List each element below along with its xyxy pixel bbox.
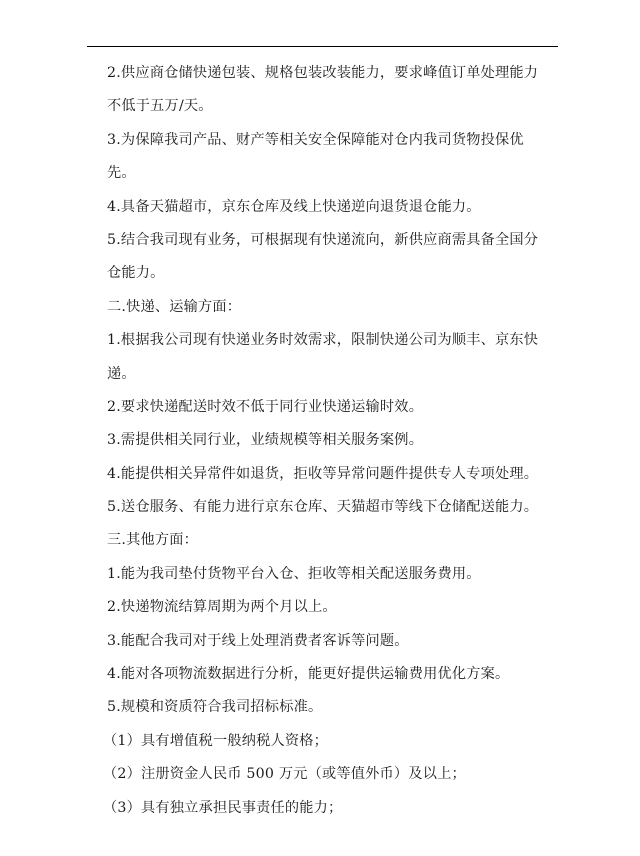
text-line: 2.要求快递配送时效不低于同行业快递运输时效。 <box>107 391 562 424</box>
document-body: 2.供应商仓储快递包装、规格包装改装能力，要求峰值订单处理能力 不低于五万/天。… <box>107 57 562 825</box>
text-line: 5.规模和资质符合我司招标标准。 <box>107 691 562 724</box>
sub-item-line: （2）注册资金人民币 500 万元（或等值外币）及以上； <box>103 758 562 791</box>
text-line: 3.能配合我司对于线上处理消费者客诉等问题。 <box>107 625 562 658</box>
section-heading: 三.其他方面： <box>107 524 562 557</box>
text-line: 4.能提供相关异常件如退货，拒收等异常问题件提供专人专项处理。 <box>107 458 562 491</box>
text-line: 4.具备天猫超市，京东仓库及线上快递逆向退货退仓能力。 <box>107 191 562 224</box>
text-line: 3.为保障我司产品、财产等相关安全保障能对仓内我司货物投保优 <box>107 124 562 157</box>
text-line: 仓能力。 <box>107 257 562 290</box>
sub-item-line: （1）具有增值税一般纳税人资格； <box>103 725 562 758</box>
text-line: 2.快递物流结算周期为两个月以上。 <box>107 591 562 624</box>
text-line: 4.能对各项物流数据进行分析，能更好提供运输费用优化方案。 <box>107 658 562 691</box>
text-line: 先。 <box>107 157 562 190</box>
header-rule <box>87 46 558 47</box>
text-line: 5.结合我司现有业务，可根据现有快递流向，新供应商需具备全国分 <box>107 224 562 257</box>
text-line: 3.需提供相关同行业，业绩规模等相关服务案例。 <box>107 424 562 457</box>
text-line: 2.供应商仓储快递包装、规格包装改装能力，要求峰值订单处理能力 <box>107 57 562 90</box>
text-line: 1.根据我公司现有快递业务时效需求，限制快递公司为顺丰、京东快 <box>107 324 562 357</box>
text-line: 5.送仓服务、有能力进行京东仓库、天猫超市等线下仓储配送能力。 <box>107 491 562 524</box>
text-line: 递。 <box>107 358 562 391</box>
document-page: 2.供应商仓储快递包装、规格包装改装能力，要求峰值订单处理能力 不低于五万/天。… <box>0 0 640 856</box>
text-line: 不低于五万/天。 <box>107 90 562 123</box>
section-heading: 二.快递、运输方面： <box>107 291 562 324</box>
sub-item-line: （3）具有独立承担民事责任的能力； <box>103 792 562 825</box>
text-line: 1.能为我司垫付货物平台入仓、拒收等相关配送服务费用。 <box>107 558 562 591</box>
